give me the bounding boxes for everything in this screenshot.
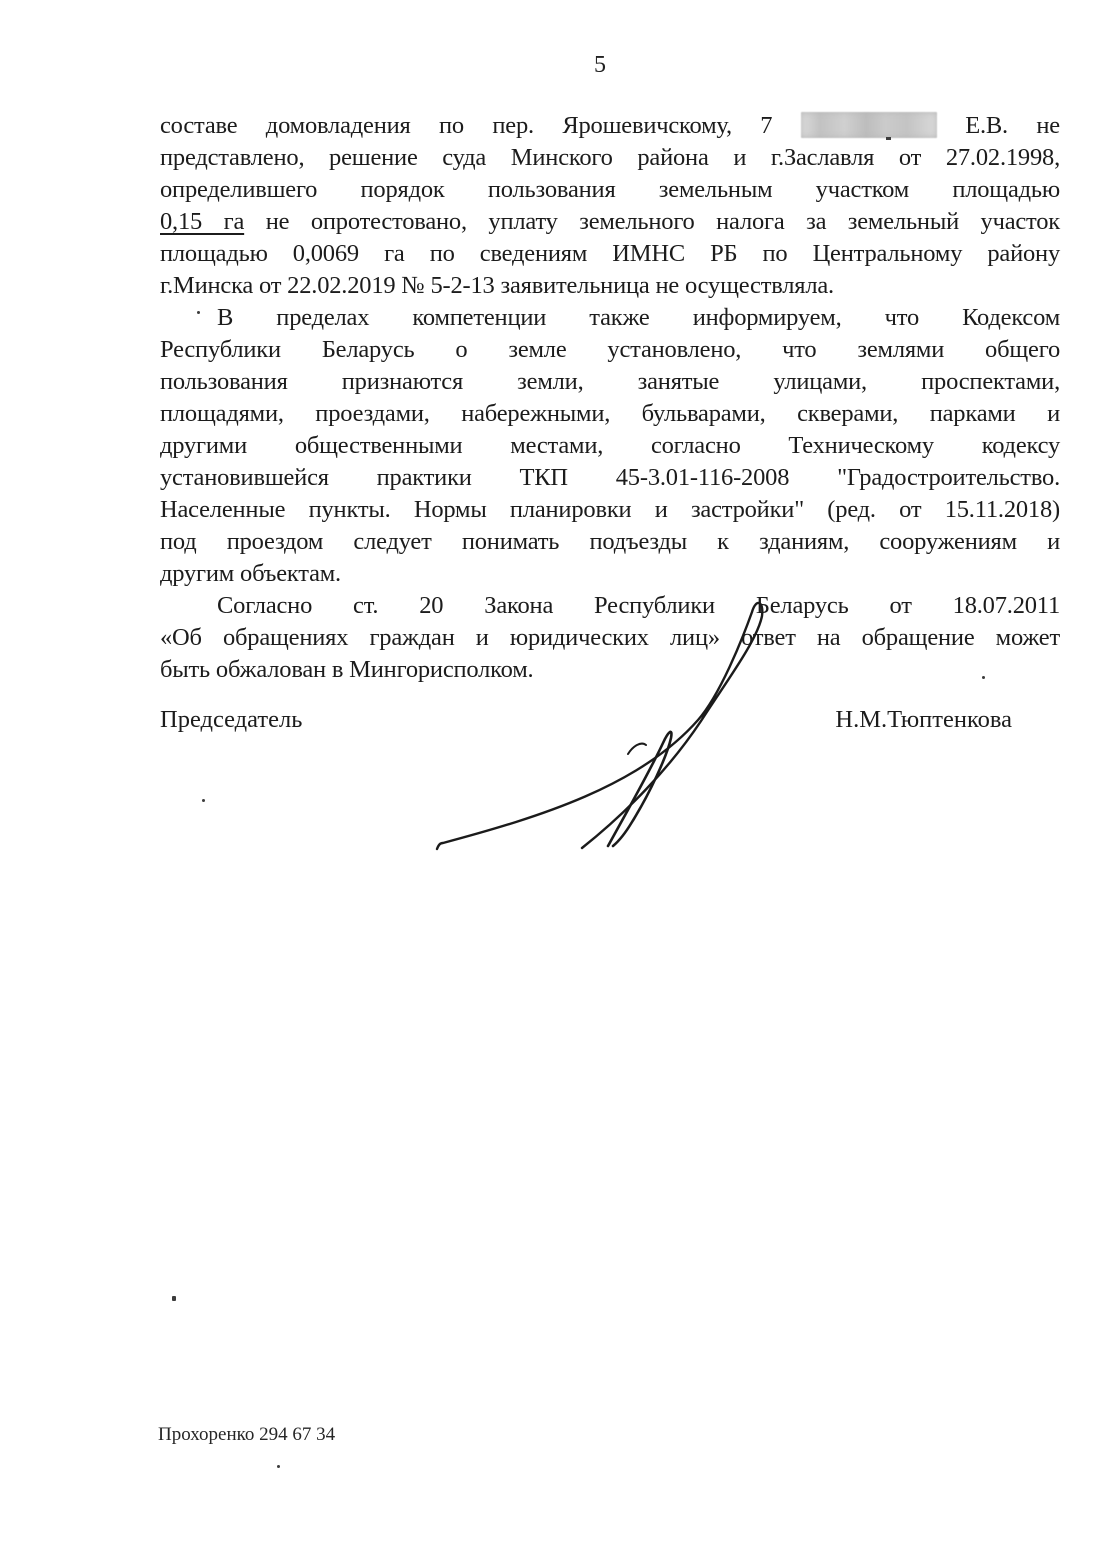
scan-speck [886,137,891,140]
text-run: г.Минска от 22.02.2019 № 5-2-13 заявител… [160,272,834,299]
signature-block: Председатель Н.М.Тюптенкова [160,704,1060,736]
text-run: Республики Беларусь о земле установлено,… [160,336,1060,363]
text-run: площадями, проездами, набережными, бульв… [160,400,1060,427]
text-line: определившего порядок пользования земель… [160,174,1060,206]
text-line: «Об обращениях граждан и юридических лиц… [160,622,1060,654]
signature-leaf-stroke [608,732,671,846]
text-run: площадью 0,0069 га по сведениям ИМНС РБ … [160,240,1060,267]
text-line: другими общественными местами, согласно … [160,430,1060,462]
text-line: быть обжалован в Мингорисполком. [160,654,1060,686]
text-line: под проездом следует понимать подъезды к… [160,526,1060,558]
scanned-document-page: { "page": { "number": "5", "footer": "Пр… [0,0,1100,1555]
text-line: 0,15 га не опротестовано, уплату земельн… [160,206,1060,238]
text-run: быть обжалован в Мингорисполком. [160,656,533,683]
text-line: площадями, проездами, набережными, бульв… [160,398,1060,430]
paragraph: Согласно ст. 20 Закона Республики Белару… [160,590,1060,686]
text-line: установившейся практики ТКП 45-3.01-116-… [160,462,1060,494]
scan-speck [197,311,200,314]
paragraph: В пределах компетенции также информируем… [160,302,1060,590]
document-body: составе домовладения по пер. Ярошевичско… [160,110,1060,686]
redacted-name-box [801,112,937,138]
text-run: под проездом следует понимать подъезды к… [160,528,1060,555]
text-run: установившейся практики ТКП 45-3.01-116-… [160,464,1060,491]
scan-speck [202,799,205,802]
text-line: другим объектам. [160,558,1060,590]
signer-title: Председатель [160,704,302,736]
scan-speck [982,676,985,679]
text-line: пользования признаются земли, занятые ул… [160,366,1060,398]
text-run: другим объектам. [160,560,341,587]
text-line: площадью 0,0069 га по сведениям ИМНС РБ … [160,238,1060,270]
text-run: Е.В. не [965,112,1060,139]
text-line: составе домовладения по пер. Ярошевичско… [160,110,1060,142]
text-line: г.Минска от 22.02.2019 № 5-2-13 заявител… [160,270,1060,302]
scan-speck [277,1465,280,1468]
text-run: определившего порядок пользования земель… [160,176,1060,203]
text-run: составе домовладения по пер. Ярошевичско… [160,112,772,139]
text-line: Республики Беларусь о земле установлено,… [160,334,1060,366]
text-line: Населенные пункты. Нормы планировки и за… [160,494,1060,526]
text-run: Согласно ст. 20 Закона Республики Белару… [217,592,1060,619]
text-run: не опротестовано, уплату земельного нало… [266,208,1060,235]
executor-contact: Прохоренко 294 67 34 [158,1424,335,1446]
signature-hook-stroke [628,744,646,754]
text-line: Согласно ст. 20 Закона Республики Белару… [160,590,1060,622]
text-run: В пределах компетенции также информируем… [217,304,1060,331]
text-run: Населенные пункты. Нормы планировки и за… [160,496,1060,523]
text-line: В пределах компетенции также информируем… [160,302,1060,334]
paragraph: составе домовладения по пер. Ярошевичско… [160,110,1060,302]
text-run: представлено, решение суда Минского райо… [160,144,1060,171]
text-run: другими общественными местами, согласно … [160,432,1060,459]
page-number: 5 [560,52,640,79]
text-run: 0,15 га [160,208,244,235]
text-run: «Об обращениях граждан и юридических лиц… [160,624,1060,651]
scan-speck [172,1296,176,1301]
text-line: представлено, решение суда Минского райо… [160,142,1060,174]
signer-name: Н.М.Тюптенкова [835,704,1060,736]
text-run: пользования признаются земли, занятые ул… [160,368,1060,395]
